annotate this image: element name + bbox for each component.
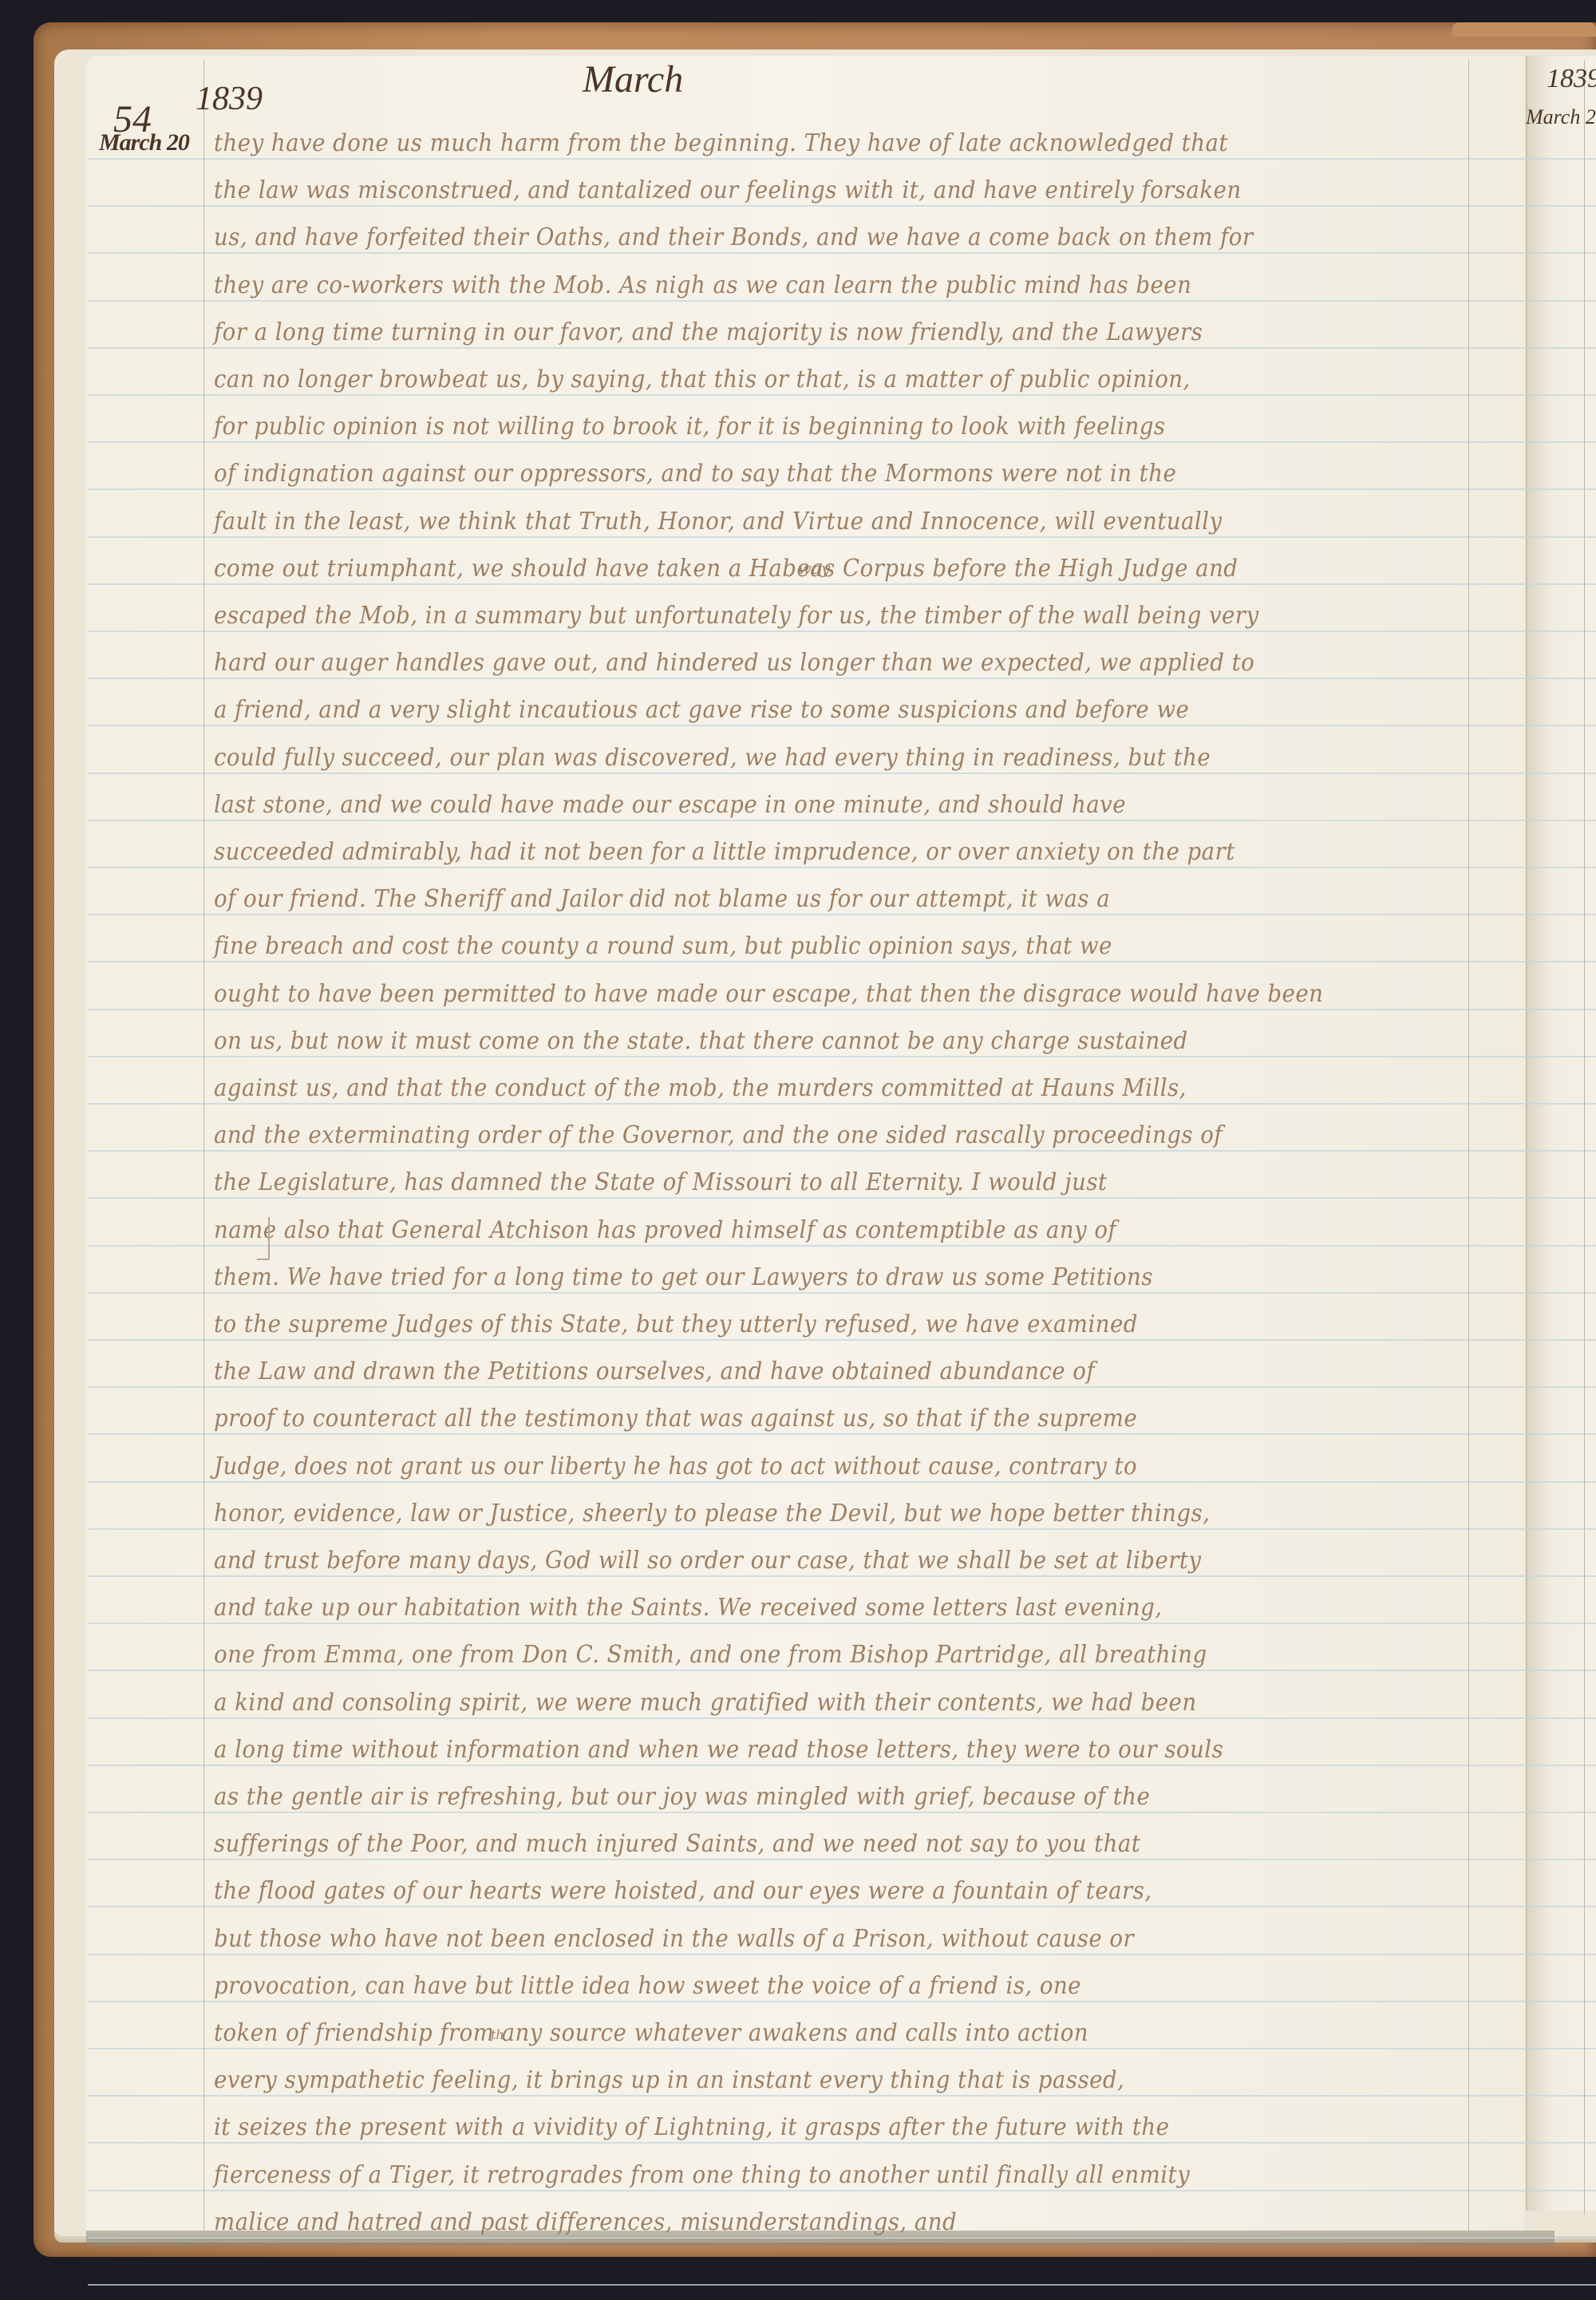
ruled-line	[88, 394, 1596, 396]
ruled-line	[88, 1292, 1596, 1294]
ruled-line	[88, 1386, 1596, 1388]
text-line: provocation, can have but little idea ho…	[214, 1972, 1374, 2000]
facing-date-fragment: March 20	[1526, 105, 1596, 129]
text-line: hard our auger handles gave out, and hin…	[214, 649, 1374, 677]
ruled-line	[88, 1245, 1596, 1247]
ruled-line	[88, 158, 1596, 160]
text-line: against us, and that the conduct of the …	[214, 1074, 1374, 1102]
text-line: and trust before many days, God will so …	[214, 1547, 1374, 1575]
text-line: on us, but now it must come on the state…	[214, 1027, 1374, 1055]
insertion-way: way	[798, 559, 830, 578]
text-line: a kind and consoling spirit, we were muc…	[214, 1689, 1374, 1717]
ruled-line	[88, 2284, 1596, 2286]
ruled-line	[88, 1056, 1596, 1057]
ruled-line	[88, 1339, 1596, 1341]
text-line: a long time without information and when…	[214, 1736, 1374, 1764]
text-line: ought to have been permitted to have mad…	[214, 980, 1374, 1008]
ruled-line	[88, 1575, 1596, 1577]
ruled-line	[88, 2190, 1596, 2191]
ruled-line	[88, 252, 1596, 254]
paragraph-bracket	[257, 1217, 270, 1260]
left-margin-line	[203, 60, 204, 2231]
text-line: fault in the least, we think that Truth,…	[214, 508, 1374, 535]
ruled-line	[88, 2142, 1596, 2144]
text-line: proof to counteract all the testimony th…	[214, 1405, 1374, 1433]
ruled-line	[88, 441, 1596, 443]
text-line: they have done us much harm from the beg…	[214, 129, 1374, 157]
text-line: name also that General Atchison has prov…	[214, 1216, 1374, 1244]
ruled-line	[88, 725, 1596, 726]
text-line: sufferings of the Poor, and much injured…	[214, 1830, 1374, 1858]
text-line: the flood gates of our hearts were hoist…	[214, 1877, 1374, 1905]
ruled-line	[88, 773, 1596, 774]
ruled-line	[88, 867, 1596, 868]
ruled-line	[88, 2048, 1596, 2049]
ruled-line	[88, 630, 1596, 632]
ruled-line	[88, 2095, 1596, 2096]
text-line: us, and have forfeited their Oaths, and …	[214, 223, 1374, 251]
ruled-line	[88, 1622, 1596, 1624]
facing-page-margin-line	[1584, 60, 1585, 2215]
ruled-line	[88, 1150, 1596, 1152]
ruled-line	[88, 820, 1596, 821]
ruled-line	[88, 1906, 1596, 1907]
ruled-line	[88, 2237, 1596, 2239]
ruled-line	[88, 2001, 1596, 2002]
ruled-line	[88, 1009, 1596, 1010]
insertion-th: th	[491, 2027, 504, 2042]
text-line: the law was misconstrued, and tantalized…	[214, 176, 1374, 204]
text-line: them. We have tried for a long time to g…	[214, 1263, 1374, 1291]
ruled-line	[88, 1433, 1596, 1435]
text-line: Judge, does not grant us our liberty he …	[214, 1452, 1374, 1480]
ruled-line	[88, 1528, 1596, 1530]
right-margin-line	[1468, 60, 1469, 2231]
ruled-line	[88, 488, 1596, 490]
text-line: the Legislature, has damned the State of…	[214, 1168, 1374, 1196]
text-line: to the supreme Judges of this State, but…	[214, 1310, 1374, 1338]
ruled-line	[88, 961, 1596, 962]
ruled-line	[88, 300, 1596, 302]
ruled-line	[88, 347, 1596, 349]
text-line: come out triumphant, we should have take…	[214, 555, 1374, 583]
binding-tab	[1452, 22, 1596, 37]
ruled-line	[88, 1481, 1596, 1483]
month-heading: March	[583, 57, 683, 101]
facing-year-fragment: 1839	[1547, 64, 1596, 94]
year-heading: 1839	[196, 80, 263, 118]
ruled-line	[88, 914, 1596, 915]
facing-page	[1526, 56, 1596, 2211]
text-line: honor, evidence, law or Justice, sheerly…	[214, 1500, 1374, 1527]
text-line: can no longer browbeat us, by saying, th…	[214, 366, 1374, 393]
text-line: escaped the Mob, in a summary but unfort…	[214, 602, 1374, 630]
ruled-line	[88, 536, 1596, 538]
text-line: every sympathetic feeling, it brings up …	[214, 2066, 1374, 2094]
ruled-line	[88, 583, 1596, 585]
text-line: for public opinion is not willing to bro…	[214, 413, 1374, 441]
text-line: for a long time turning in our favor, an…	[214, 318, 1374, 346]
text-line: the Law and drawn the Petitions ourselve…	[214, 1357, 1374, 1385]
text-line: of indignation against our oppressors, a…	[214, 460, 1374, 488]
ruled-line	[88, 205, 1596, 207]
ruled-line	[88, 1717, 1596, 1719]
text-line: it seizes the present with a vividity of…	[214, 2113, 1374, 2141]
text-line: as the gentle air is refreshing, but our…	[214, 1783, 1374, 1811]
text-line: and the exterminating order of the Gover…	[214, 1121, 1374, 1149]
ruled-line	[88, 678, 1596, 679]
date-margin: March 20	[99, 129, 189, 156]
text-line: could fully succeed, our plan was discov…	[214, 744, 1374, 772]
ruled-line	[88, 1103, 1596, 1105]
ruled-line	[88, 1197, 1596, 1199]
text-line: of our friend. The Sheriff and Jailor di…	[214, 885, 1374, 913]
ruled-line	[88, 1670, 1596, 1671]
text-line: succeeded admirably, had it not been for…	[214, 838, 1374, 866]
text-line: malice and hatred and past differences, …	[214, 2208, 1374, 2236]
text-line: fine breach and cost the county a round …	[214, 932, 1374, 960]
ruled-line	[88, 1859, 1596, 1860]
text-line: they are co-workers with the Mob. As nig…	[214, 271, 1374, 299]
ruled-line	[88, 1765, 1596, 1766]
text-line: a friend, and a very slight incautious a…	[214, 696, 1374, 724]
text-line: and take up our habitation with the Sain…	[214, 1594, 1374, 1622]
text-line: one from Emma, one from Don C. Smith, an…	[214, 1641, 1374, 1669]
text-line: but those who have not been enclosed in …	[214, 1925, 1374, 1953]
text-line: fierceness of a Tiger, it retrogrades fr…	[214, 2161, 1374, 2189]
ruled-line	[88, 1812, 1596, 1813]
ruled-line	[88, 1954, 1596, 1955]
text-line: last stone, and we could have made our e…	[214, 791, 1374, 819]
text-line: token of friendship from any source what…	[214, 2019, 1374, 2047]
